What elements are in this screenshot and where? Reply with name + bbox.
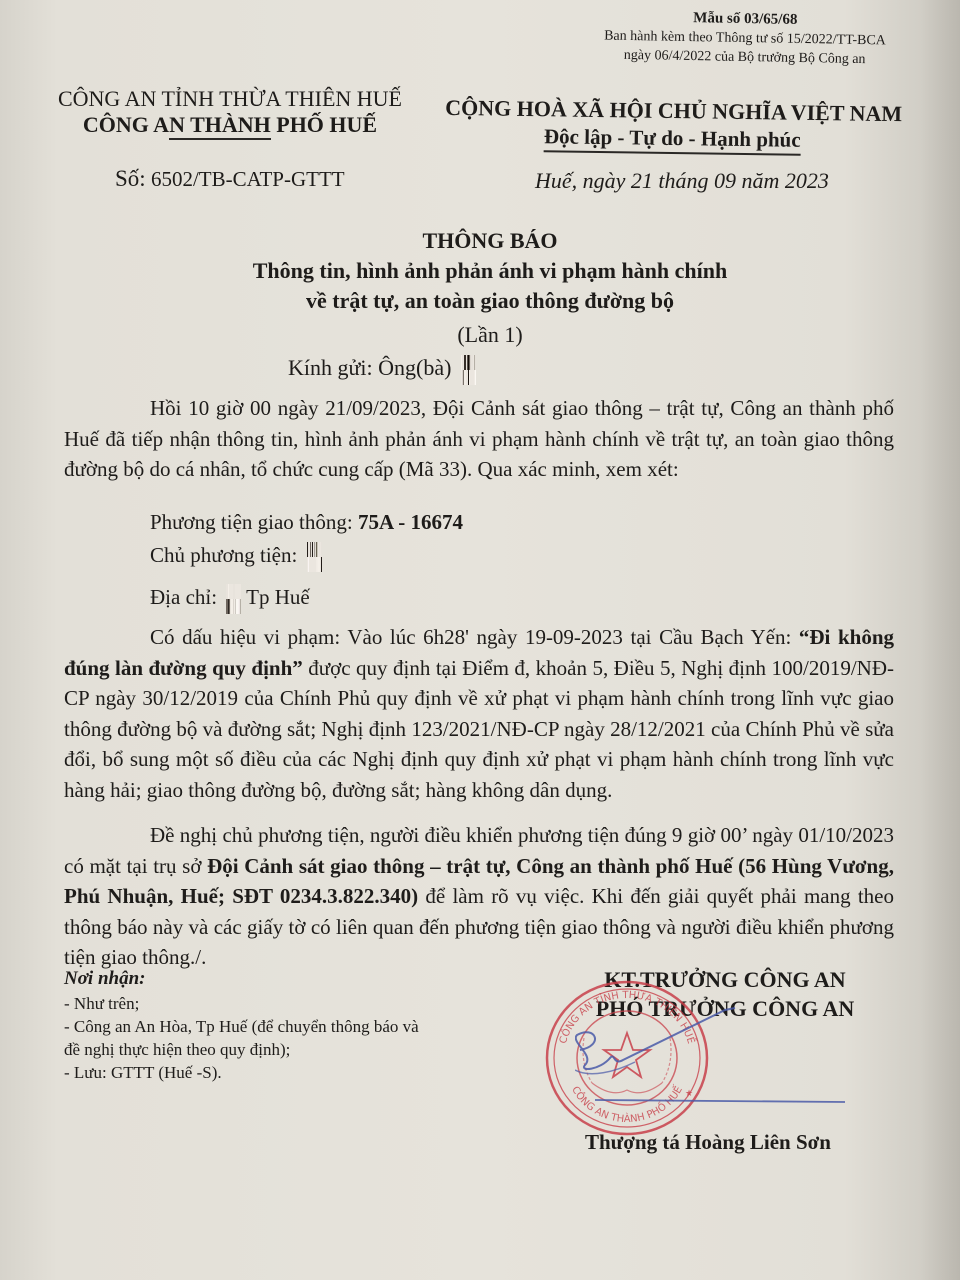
title-attempt: (Lần 1) (205, 320, 775, 350)
national-motto: Độc lập - Tự do - Hạnh phúc (544, 122, 801, 156)
issuer-header: CÔNG AN TỈNH THỪA THIÊN HUẾ CÔNG AN THÀN… (40, 86, 420, 138)
paragraph-violation: Có dấu hiệu vi phạm: Vào lúc 6h28' ngày … (64, 622, 894, 805)
issuer-unit-suffix: PHỐ HUẾ (271, 112, 377, 137)
issuer-unit-prefix: CÔNG A (83, 112, 169, 137)
title-sub: Thông tin, hình ảnh phản ánh vi phạm hàn… (205, 256, 775, 286)
recipient-label: Kính gửi: Ông(bà) (288, 355, 451, 380)
notice-title: THÔNG BÁO Thông tin, hình ảnh phản ánh v… (205, 226, 775, 350)
national-header: CỘNG HOÀ XÃ HỘI CHỦ NGHĨA VIỆT NAM Độc l… (445, 95, 901, 157)
form-note: Mẫu số 03/65/68 Ban hành kèm theo Thông … (560, 7, 931, 70)
title-main: THÔNG BÁO (205, 226, 775, 256)
paragraph-intake: Hồi 10 giờ 00 ngày 21/09/2023, Đội Cảnh … (64, 393, 894, 485)
owner-line: Chủ phương tiện: (150, 542, 322, 572)
vehicle-plate: 75A - 16674 (358, 510, 463, 534)
recipient-line: Kính gửi: Ông(bà) (288, 355, 476, 385)
doc-number-value: 6502/TB-CATP-GTTT (151, 167, 345, 191)
signature-icon (575, 1000, 875, 1130)
doc-number: Số: 6502/TB-CATP-GTTT (115, 166, 345, 192)
redacted-owner (307, 542, 322, 572)
address-label: Địa chỉ: (150, 585, 217, 609)
distribution-item: - Công an An Hòa, Tp Huế (để chuyển thôn… (64, 1015, 419, 1038)
redacted-address (226, 584, 241, 614)
owner-label: Chủ phương tiện: (150, 543, 297, 567)
issuer-unit: CÔNG AN THÀNH PHỐ HUẾ (40, 112, 420, 138)
paragraph-intake-text: Hồi 10 giờ 00 ngày 21/09/2023, Đội Cảnh … (64, 396, 894, 481)
national-title: CỘNG HOÀ XÃ HỘI CHỦ NGHĨA VIỆT NAM (445, 95, 900, 127)
paragraph-summons: Đề nghị chủ phương tiện, người điều khiể… (64, 820, 894, 973)
place-date: Huế, ngày 21 tháng 09 năm 2023 (535, 168, 829, 194)
address-line: Địa chỉ: Tp Huế (150, 584, 310, 614)
issuer-parent: CÔNG AN TỈNH THỪA THIÊN HUẾ (40, 86, 420, 112)
title-sub: về trật tự, an toàn giao thông đường bộ (205, 286, 775, 316)
distribution-item: đề nghị thực hiện theo quy định); (64, 1038, 419, 1061)
redacted-name (461, 355, 476, 385)
page-edge-shadow (920, 0, 960, 1280)
distribution-item: - Lưu: GTTT (Huế -S). (64, 1061, 419, 1084)
doc-number-label: Số: (115, 166, 146, 191)
signer-name: Thượng tá Hoàng Liên Sơn (585, 1130, 831, 1155)
issuer-unit-underlined: N THÀNH (169, 112, 271, 140)
distribution-item: - Như trên; (64, 992, 419, 1015)
violation-intro: Có dấu hiệu vi phạm: Vào lúc 6h28' ngày … (150, 625, 799, 649)
distribution-list: Nơi nhận: - Như trên; - Công an An Hòa, … (64, 966, 419, 1084)
vehicle-label: Phương tiện giao thông: (150, 510, 358, 534)
distribution-heading: Nơi nhận: (64, 966, 419, 992)
address-city: Tp Huế (241, 585, 309, 609)
vehicle-line: Phương tiện giao thông: 75A - 16674 (150, 510, 463, 535)
